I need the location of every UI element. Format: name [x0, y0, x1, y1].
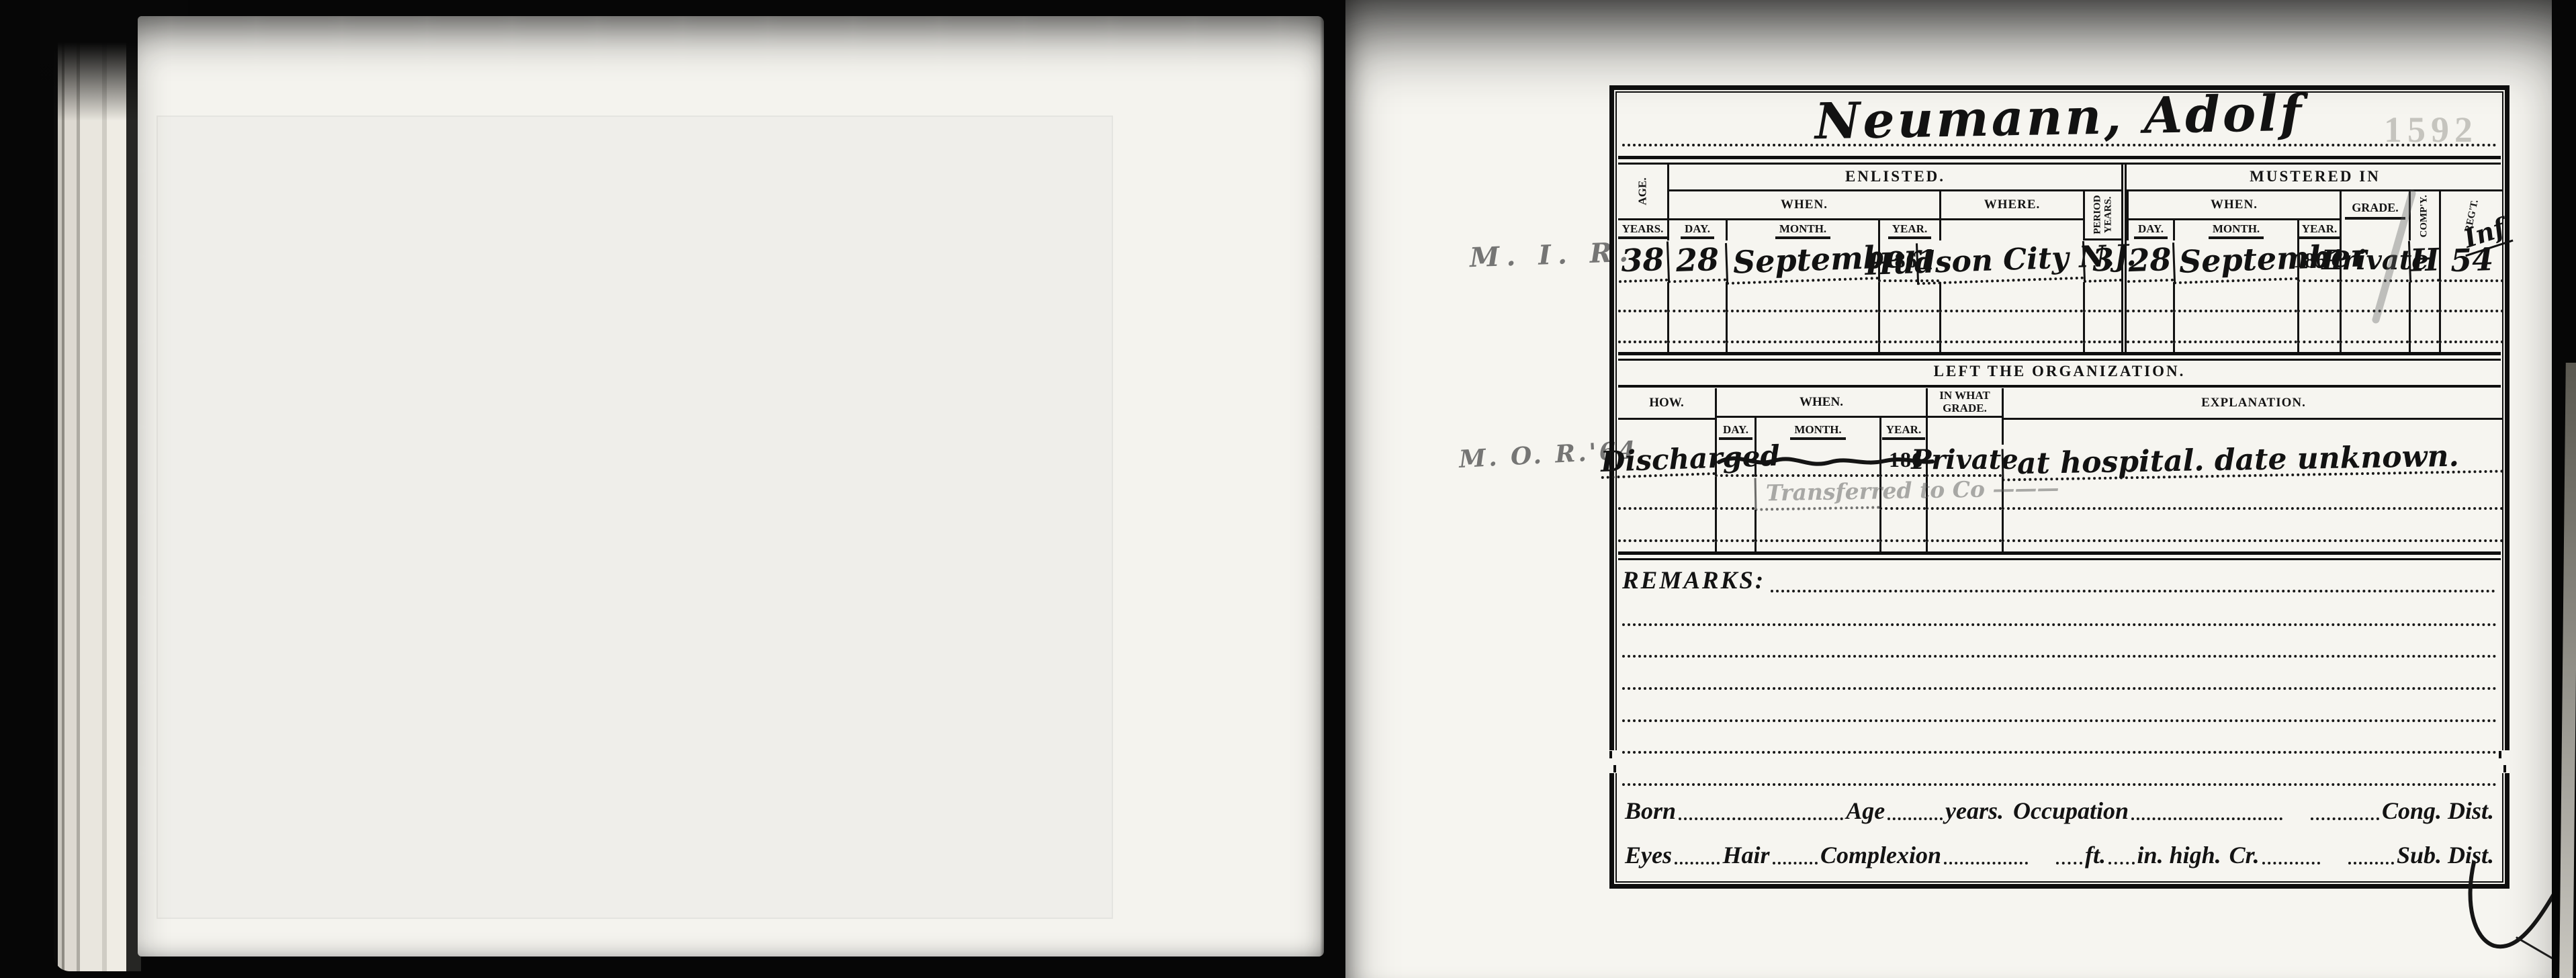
left-organization-title: LEFT THE ORGANIZATION.	[1618, 363, 2501, 380]
enl-day-subheader: DAY.	[1667, 220, 1726, 240]
explanation-value: at hospital. date unknown.	[2002, 440, 2504, 481]
border-break-right	[2496, 750, 2510, 773]
border-tick	[2503, 765, 2506, 772]
day-label: DAY.	[1719, 423, 1752, 440]
in-what-grade-header: IN WHAT GRADE.	[1926, 388, 2002, 445]
month-label: MONTH.	[2209, 222, 2264, 239]
period-years-header: PERIOD YEARS.	[2083, 191, 2121, 240]
remarks-ruled-line	[1622, 719, 2497, 722]
service-record-card: 1592 Neumann, Adolf AGE. ENLISTED. MUSTE…	[1609, 85, 2510, 889]
pencil-transfer-note: Transferred to Co ———	[1755, 476, 1880, 510]
enl-month-subheader: MONTH.	[1726, 220, 1878, 240]
month-label: MONTH.	[1775, 222, 1830, 239]
period-years-label: PERIOD YEARS.	[2092, 195, 2114, 234]
born-row: Born Age years. Occupation Cong. Dist.	[1625, 795, 2494, 825]
born-label: Born	[1625, 797, 1676, 825]
age-value: 38	[1617, 240, 1668, 283]
in-what-grade-label: IN WHAT GRADE.	[1928, 388, 2002, 418]
remarks-ruled-line	[1622, 687, 2497, 690]
how-header: HOW.	[1618, 388, 1715, 445]
occupation-label: Occupation	[2013, 797, 2129, 825]
left-blank-page	[138, 16, 1324, 957]
mus-year-subheader: YEAR.	[2297, 220, 2340, 240]
double-rule	[1618, 352, 2501, 361]
remarks-ruled-line	[1771, 589, 2495, 592]
left-organization-table: HOW. WHEN. IN WHAT GRADE. EXPLANATION. D…	[1618, 388, 2501, 551]
day-label: DAY.	[2134, 222, 2168, 239]
lo-year-subheader: YEAR.	[1879, 418, 1926, 445]
book-page-stack-edge	[54, 8, 141, 971]
years-label: years.	[1945, 797, 2004, 825]
when-header: WHEN.	[1715, 388, 1926, 418]
lo-grade-value: Private	[1926, 445, 2002, 477]
border-break-left	[1607, 750, 1619, 773]
mustered-when-header: WHEN.	[2127, 191, 2340, 220]
card-inner-border: 1592 Neumann, Adolf AGE. ENLISTED. MUSTE…	[1615, 91, 2503, 883]
remarks-row: REMARKS:	[1622, 568, 2497, 595]
age-label: AGE.	[1637, 177, 1649, 205]
how-value: Discharged	[1600, 443, 1716, 479]
age-years-label: YEARS.	[1618, 222, 1668, 239]
border-tick	[1613, 765, 1616, 772]
remarks-ruled-line	[1622, 783, 2497, 786]
explanation-header: EXPLANATION.	[2002, 388, 2503, 445]
complexion-label: Complexion	[1820, 841, 1941, 869]
enlisted-month-value: September	[1725, 238, 1879, 285]
explanation-label: EXPLANATION.	[2004, 388, 2503, 420]
enlisted-where-header: WHERE.	[1939, 191, 2083, 220]
mustered-in-group-header: MUSTERED IN	[2127, 164, 2503, 191]
scanned-ledger-photo: M. I. R. M. O. R.'64 1592 Neumann, Adolf…	[0, 0, 2576, 978]
eyes-row: Eyes Hair Complexion ft. in. high. Cr. S…	[1625, 840, 2494, 869]
age-years-subheader: YEARS.	[1618, 220, 1667, 240]
enlisted-group-header: ENLISTED.	[1667, 164, 2121, 191]
year-label: YEAR.	[1882, 423, 1925, 440]
age-label: Age	[1846, 797, 1885, 825]
enlisted-where-value: Hudson City N.J.	[1916, 238, 2084, 285]
enlisted-day-value: 28	[1667, 240, 1726, 283]
enlisted-when-header: WHEN.	[1667, 191, 1939, 220]
cr-label: Cr.	[2229, 841, 2260, 869]
hair-label: Hair	[1722, 841, 1769, 869]
year-label: YEAR.	[2298, 222, 2341, 239]
year-label: YEAR.	[1888, 222, 1931, 239]
name-row: Neumann, Adolf	[1618, 94, 2501, 157]
mus-month-subheader: MONTH.	[2173, 220, 2297, 240]
remarks-ruled-line	[1622, 655, 2497, 658]
age-column-header: AGE.	[1618, 164, 1667, 220]
month-label: MONTH.	[1790, 423, 1845, 440]
remarks-ruled-line	[1622, 623, 2497, 626]
border-tick	[2499, 751, 2501, 758]
regiment-value: Inf 54	[2439, 240, 2503, 282]
section-rule	[1618, 385, 2501, 388]
mustered-month-value: September	[2172, 238, 2298, 284]
remarks-label: REMARKS:	[1622, 566, 1765, 595]
day-label: DAY.	[1681, 222, 1714, 239]
cong-dist-label: Cong. Dist.	[2382, 797, 2494, 825]
border-tick	[1609, 751, 1612, 758]
remarks-ruled-line	[1622, 751, 2497, 754]
in-high-label: in. high.	[2137, 841, 2221, 869]
eyes-label: Eyes	[1625, 841, 1672, 869]
ft-label: ft.	[2085, 841, 2106, 869]
how-label: HOW.	[1618, 388, 1715, 420]
regiment-number-value: 54	[2450, 241, 2495, 279]
double-rule	[1618, 551, 2501, 560]
where-subheader-empty	[1939, 220, 2083, 240]
bleed-through-ghost-frame	[157, 116, 1113, 919]
